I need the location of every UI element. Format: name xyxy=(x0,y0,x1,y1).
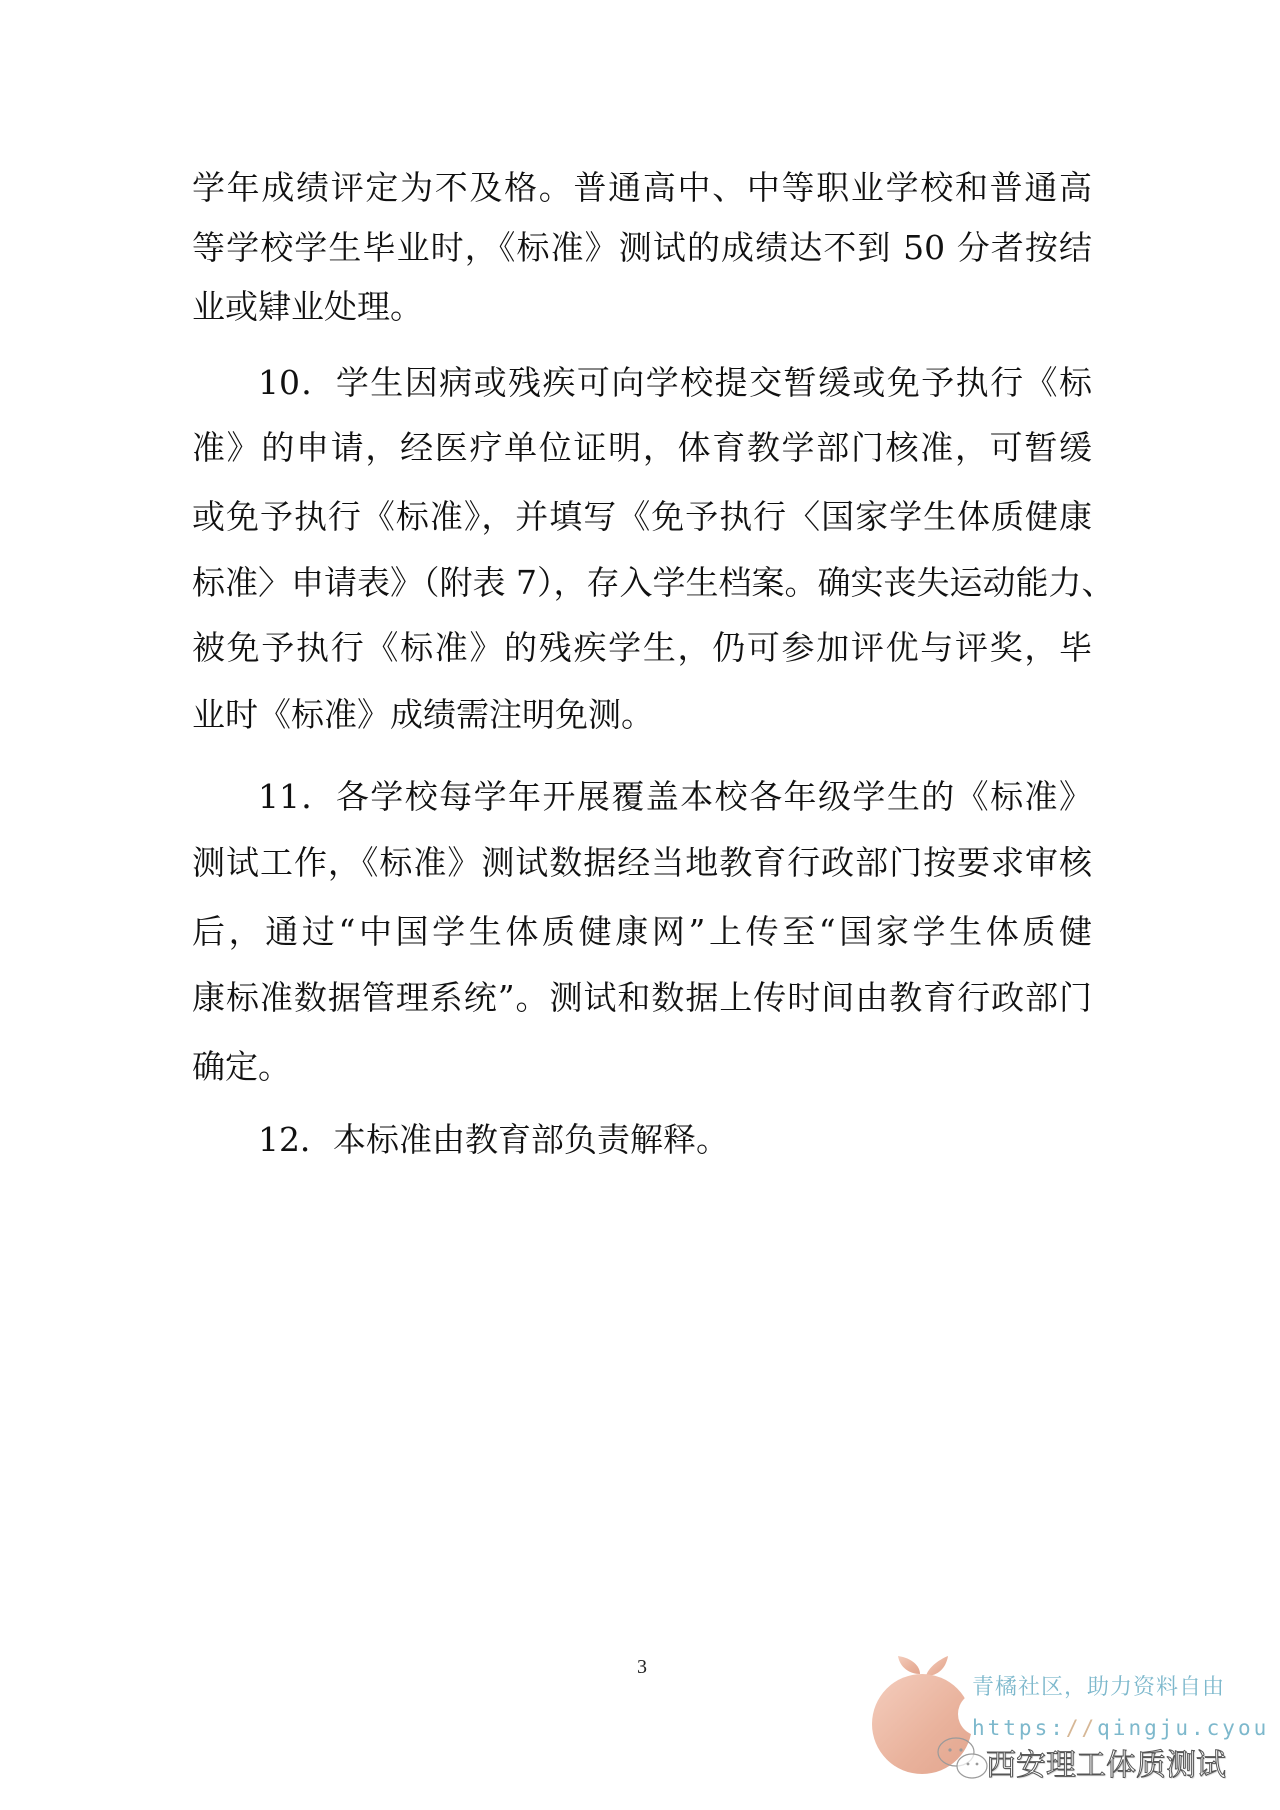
text-line: 等学校学生毕业时，《标准》测试的成绩达不到 50 分者按结 xyxy=(192,228,1092,268)
text-line: 标准〉申请表》（附表 7），存入学生档案。确实丧失运动能力、 xyxy=(192,563,1092,603)
text-line: 后，通过“中国学生体质健康网”上传至“国家学生体质健 xyxy=(192,912,1092,952)
watermark-url: https://qingju.cyou xyxy=(972,1716,1269,1740)
text-line: 确定。 xyxy=(192,1047,1092,1087)
text-line: 测试工作，《标准》测试数据经当地教育行政部门按要求审核 xyxy=(192,843,1092,883)
text-line: 10．学生因病或残疾可向学校提交暂缓或免予执行《标 xyxy=(258,363,1092,403)
wechat-icon xyxy=(934,1734,994,1784)
text-line: 学年成绩评定为不及格。普通高中、中等职业学校和普通高 xyxy=(192,168,1092,208)
text-line: 12．本标准由教育部负责解释。 xyxy=(258,1120,1092,1160)
document-page: 学年成绩评定为不及格。普通高中、中等职业学校和普通高 等学校学生毕业时，《标准》… xyxy=(0,0,1280,1810)
text-line: 或免予执行《标准》，并填写《免予执行〈国家学生体质健康 xyxy=(192,497,1092,537)
url-prefix: https: xyxy=(972,1716,1066,1740)
watermark: 青橘社区，助力资料自由 https://qingju.cyou 西安理工体质测试 xyxy=(868,1648,1268,1788)
watermark-account-name: 西安理工体质测试 xyxy=(986,1740,1226,1784)
text-line: 11．各学校每学年开展覆盖本校各年级学生的《标准》 xyxy=(258,777,1092,817)
text-line: 康标准数据管理系统”。测试和数据上传时间由教育行政部门 xyxy=(192,978,1092,1018)
url-slashes: // xyxy=(1066,1716,1097,1740)
text-line: 业时《标准》成绩需注明免测。 xyxy=(192,695,1092,735)
text-line: 被免予执行《标准》的残疾学生，仍可参加评优与评奖，毕 xyxy=(192,628,1092,668)
page-number: 3 xyxy=(630,1656,654,1679)
watermark-slogan: 青橘社区，助力资料自由 xyxy=(972,1670,1225,1701)
text-line: 准》的申请，经医疗单位证明，体育教学部门核准，可暂缓 xyxy=(192,428,1092,468)
url-host: qingju.cyou xyxy=(1097,1716,1269,1740)
text-line: 业或肄业处理。 xyxy=(192,287,1092,327)
